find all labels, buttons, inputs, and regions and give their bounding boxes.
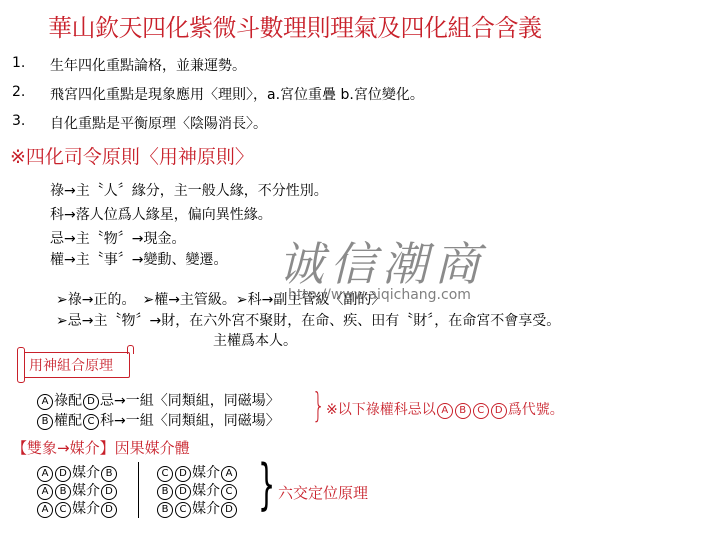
bullet-line: 主權爲本人。 bbox=[213, 330, 297, 350]
circle-code: D bbox=[491, 403, 507, 419]
circle-code: B bbox=[455, 403, 471, 419]
list-item: 自化重點是平衡原理〈陰陽消長〉。 bbox=[50, 113, 267, 133]
media-text: 媒介 bbox=[192, 483, 220, 499]
rule-line: 權→主〝事〞→變動、變遷。 bbox=[50, 249, 227, 269]
circle-code: A bbox=[37, 502, 53, 518]
note-text: ※以下祿權科忌以 bbox=[326, 402, 436, 418]
right-brace-icon: } bbox=[258, 458, 275, 512]
circle-code: B bbox=[37, 414, 53, 430]
media-row: BD媒介C bbox=[156, 480, 238, 500]
circle-code: D bbox=[101, 502, 117, 518]
combo-text: 忌→一組〈同類組，同磁場〉 bbox=[100, 393, 280, 409]
scroll-label: 用神組合原理 bbox=[29, 358, 113, 374]
six-label: 六交定位原理 bbox=[278, 482, 368, 503]
combo-row: B權配C科→一組〈同類組，同磁場〉 bbox=[36, 410, 280, 430]
right-brace-icon: } bbox=[312, 389, 325, 423]
circle-code: A bbox=[437, 403, 453, 419]
list-item: 生年四化重點論格，並兼運勢。 bbox=[50, 55, 246, 75]
rule-line: 科→落人位爲人緣星，偏向異性緣。 bbox=[50, 204, 272, 224]
combo-text: 權配 bbox=[54, 413, 82, 429]
bullet-line: ➢忌→主〝物〞→財，在六外宮不聚財，在命、疾、田有〝財〞，在命宮不會享受。 bbox=[56, 310, 560, 330]
circle-code: C bbox=[83, 414, 99, 430]
rule-line: 忌→主〝物〞→現金。 bbox=[50, 228, 185, 248]
media-text: 媒介 bbox=[192, 501, 220, 517]
watermark-url: http://www.aiqichang.com bbox=[288, 287, 471, 303]
media-heading: 【雙象→媒介】因果媒介體 bbox=[12, 437, 190, 458]
circle-code: B bbox=[157, 502, 173, 518]
circle-code: D bbox=[221, 502, 237, 518]
combo-note: ※以下祿權科忌以ABCD爲代號。 bbox=[326, 399, 564, 419]
page-title: 華山欽天四化紫微斗數理則理氣及四化組合含義 bbox=[48, 8, 542, 43]
list-number: 2. bbox=[12, 84, 25, 100]
media-text: 媒介 bbox=[192, 465, 220, 481]
circle-code: C bbox=[473, 403, 489, 419]
media-row: AC媒介D bbox=[36, 498, 118, 518]
note-text: 爲代號。 bbox=[508, 402, 564, 418]
combo-text: 科→一組〈同類組，同磁場〉 bbox=[100, 413, 280, 429]
circle-code: C bbox=[55, 502, 71, 518]
scroll-banner: 用神組合原理 bbox=[22, 352, 130, 378]
watermark-logo: 诚信潮商 bbox=[278, 228, 486, 294]
section-heading: ※四化司令原則〈用神原則〉 bbox=[10, 142, 254, 169]
circle-code: A bbox=[37, 394, 53, 410]
list-number: 1. bbox=[12, 55, 25, 71]
divider bbox=[138, 462, 139, 518]
media-text: 媒介 bbox=[72, 501, 100, 517]
media-row: CD媒介A bbox=[156, 462, 238, 482]
media-row: BC媒介D bbox=[156, 498, 238, 518]
list-number: 3. bbox=[12, 113, 25, 129]
combo-row: A祿配D忌→一組〈同類組，同磁場〉 bbox=[36, 390, 280, 410]
combo-text: 祿配 bbox=[54, 393, 82, 409]
media-row: AD媒介B bbox=[36, 462, 118, 482]
media-row: AB媒介D bbox=[36, 480, 118, 500]
list-item: 飛宮四化重點是現象應用〈理則〉，a.宮位重疊 b.宮位變化。 bbox=[50, 84, 424, 104]
circle-code: D bbox=[83, 394, 99, 410]
rule-line: 祿→主〝人〞緣分，主一般人緣，不分性別。 bbox=[50, 180, 328, 200]
media-text: 媒介 bbox=[72, 483, 100, 499]
circle-code: C bbox=[175, 502, 191, 518]
media-text: 媒介 bbox=[72, 465, 100, 481]
